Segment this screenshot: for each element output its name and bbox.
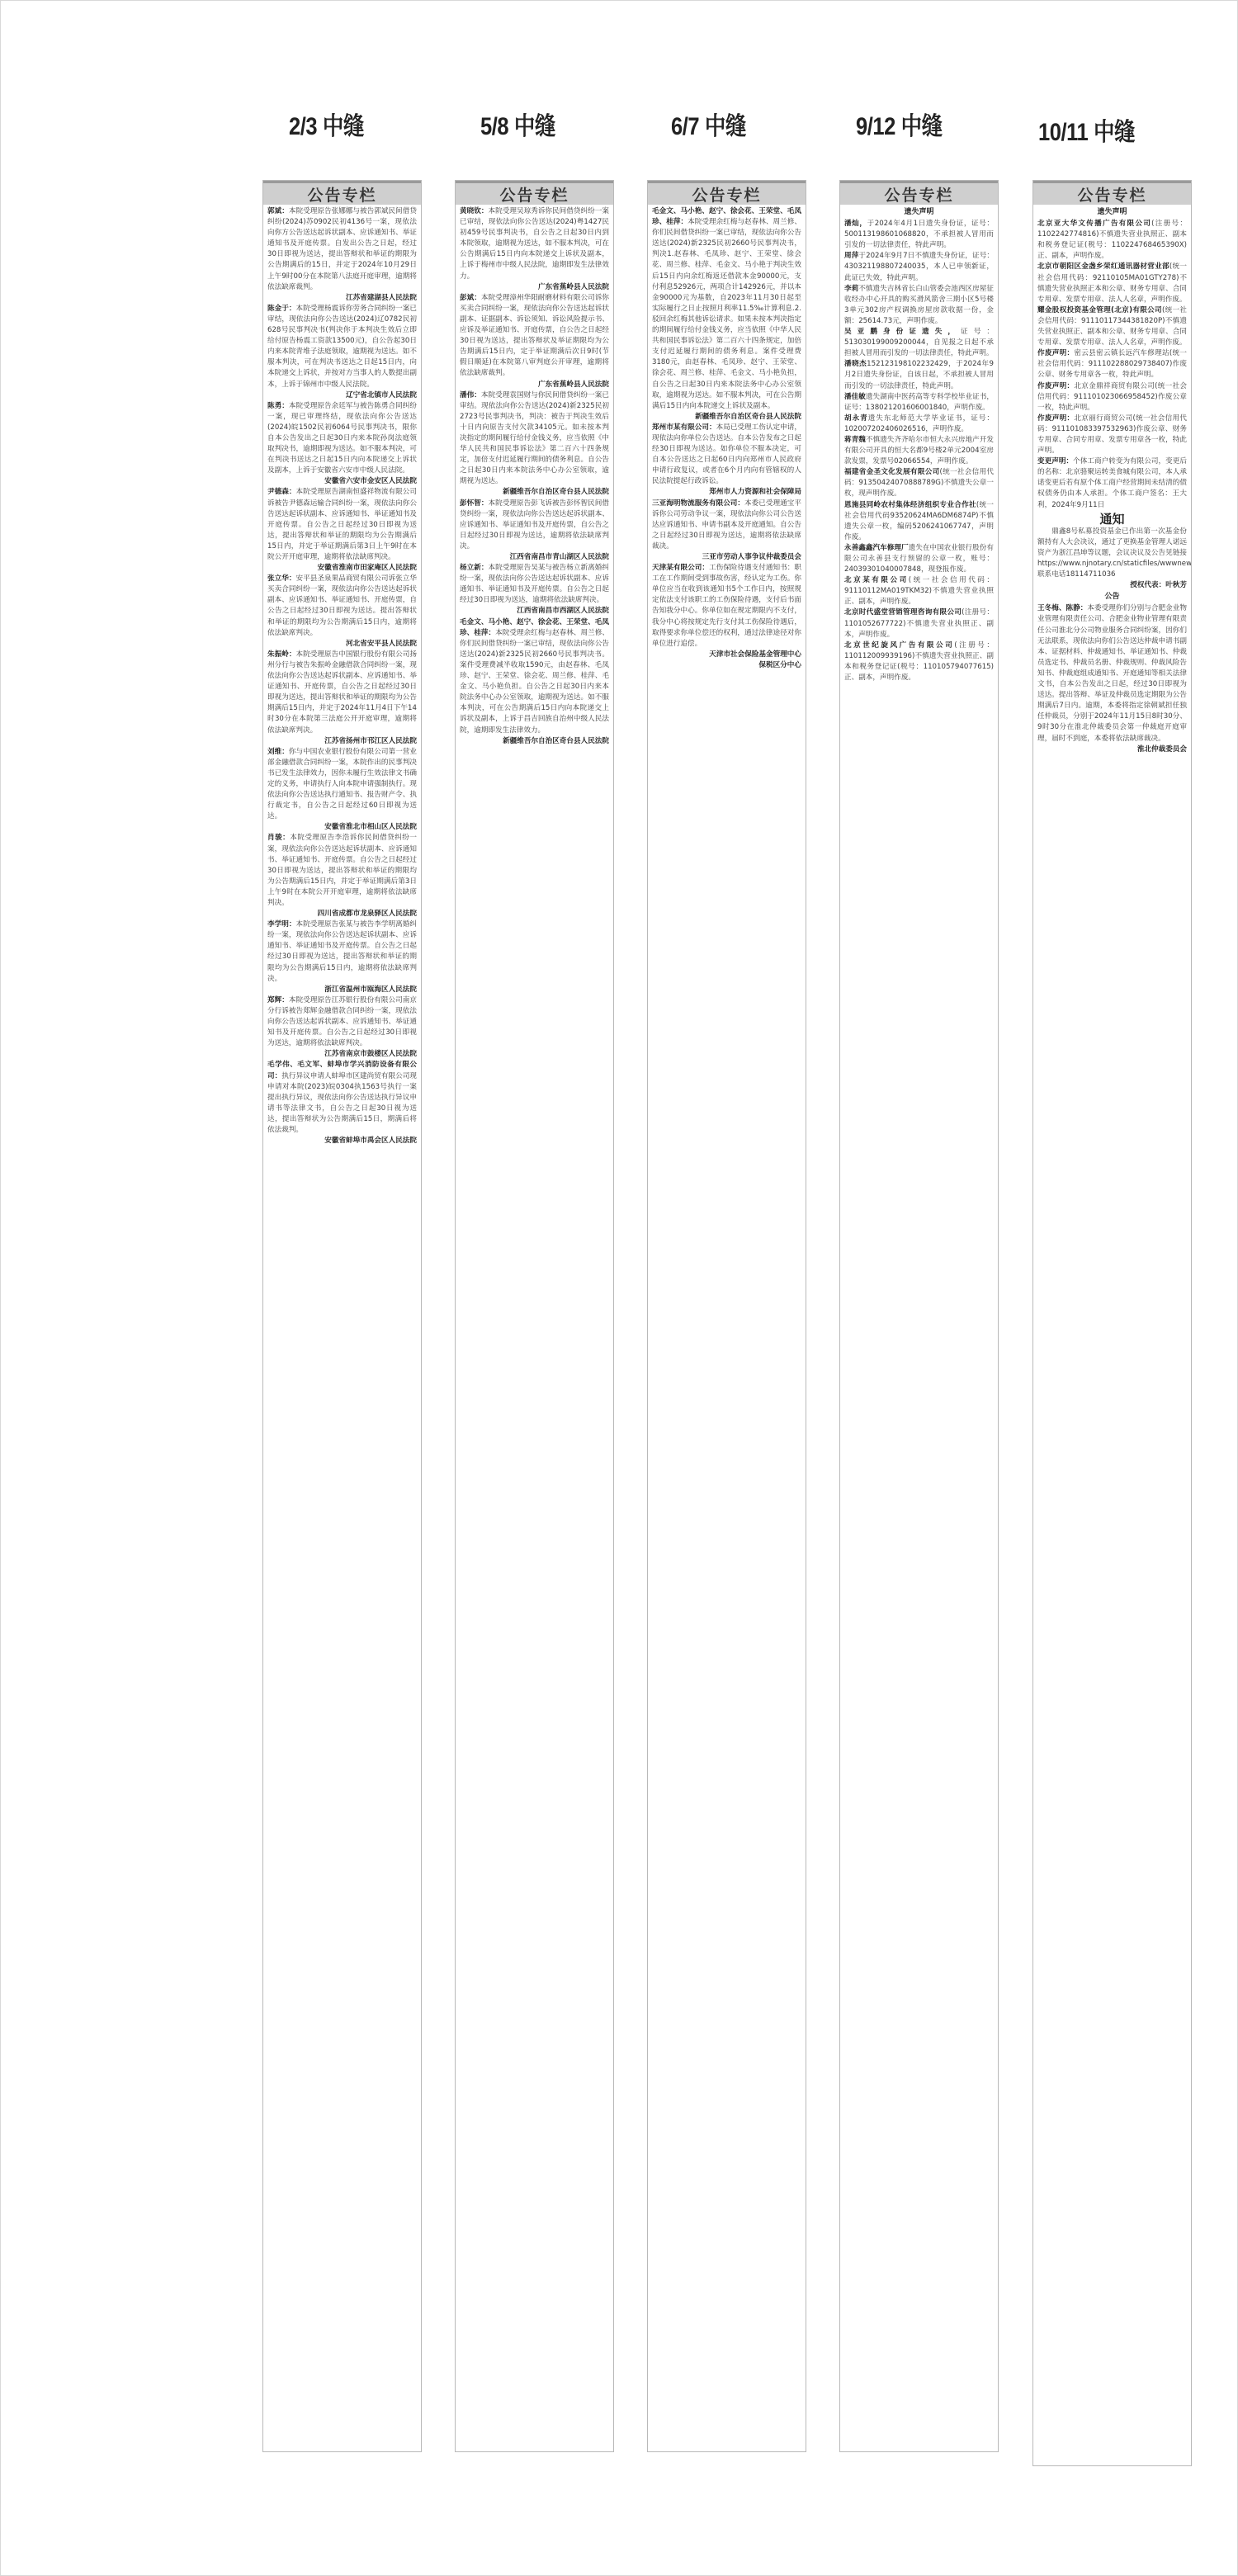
notice-text: 本院受理杨震诉你劳务合同纠纷一案已审结，现依法向你公告送达(2024)辽0782… bbox=[267, 305, 417, 389]
notice-text: 本院受理原告张某与被告李学明离婚纠纷一案，现依法向你公告送达起诉状副本、应诉通知… bbox=[267, 920, 417, 982]
notice-addressee: 郑州市某有限公司： bbox=[652, 423, 716, 432]
notice-addressee: 潘灿， bbox=[844, 220, 867, 228]
announcement: 王冬梅、陈静：本委受理你们分别与合肥金业物业管理有限责任公司、合肥金业物业管理有… bbox=[1037, 603, 1187, 754]
column-title-6-7: 6/7 中缝 bbox=[671, 106, 746, 142]
notice-item: 三亚海明物流服务有限公司：本委已受理通宝平诉你公司劳动争议一案，现依法向你公司公… bbox=[652, 499, 801, 564]
notification-signature: 授权代表：叶秋芳 bbox=[1037, 580, 1187, 591]
notice-addressee: 永善鑫鑫汽车修理厂 bbox=[844, 544, 909, 552]
notice-addressee: 郑辉： bbox=[267, 996, 289, 1004]
notice-text: 遗失湖南中医药高等专科学校毕业证书，证号：138021201606001840，… bbox=[844, 393, 994, 412]
notice-text: 本院受理漳州华阳耐磨材料有限公司诉你买卖合同纠纷一案，现依法向你公告送达起诉状副… bbox=[460, 294, 609, 378]
notice-issuer: 安徽省六安市金安区人民法院 bbox=[267, 476, 417, 487]
notice-addressee: 周萍 bbox=[844, 252, 858, 260]
notice-item: 永善鑫鑫汽车修理厂遗失在中国农业银行股份有限公司永善县支行预留的公章一枚，账号：… bbox=[844, 543, 994, 575]
notice-issuer: 广东省蕉岭县人民法院 bbox=[460, 380, 609, 390]
notice-addressee: 恩施县同岭农村集体经济组织专业合作社 bbox=[844, 501, 976, 509]
notice-issuer: 四川省成都市龙泉驿区人民法院 bbox=[267, 909, 417, 919]
notice-text: 本院受理袁国财与你民间借贷纠纷一案已审结。现依法向你公告送达(2024)新232… bbox=[460, 391, 609, 486]
notice-item: 刘维：你与中国农业银行股份有限公司第一营业部金融借款合同纠纷一案，本院作出的民事… bbox=[267, 747, 417, 834]
notice-addressee: 耀金股权投资基金管理(北京)有限公司 bbox=[1037, 306, 1162, 314]
notice-item: 恩施县同岭农村集体经济组织专业合作社(统一社会信用代码93520624MA6DM… bbox=[844, 500, 994, 543]
notice-issuer: 广东省蕉岭县人民法院 bbox=[460, 282, 609, 293]
notice-issuer: 安徽省蚌埠市禹会区人民法院 bbox=[267, 1136, 417, 1146]
notice-addressee: 尹德森： bbox=[267, 488, 295, 496]
notice-text: 本院受理原告湖南恒盛祥物流有限公司诉被告尹德森运输合同纠纷一案，现依法向你公告送… bbox=[267, 488, 417, 561]
notice-issuer: 河北省安平县人民法院 bbox=[267, 639, 417, 650]
notice-addressee: 郭斌： bbox=[267, 207, 289, 215]
notice-addressee: 黄晓钦： bbox=[460, 207, 488, 215]
notice-addressee: 朱振岭： bbox=[267, 650, 295, 659]
announcement-lead: 王冬梅、陈静： bbox=[1037, 604, 1087, 612]
notice-text: 你与中国农业银行股份有限公司第一营业部金融借款合同纠纷一案，本院作出的民事判决书… bbox=[267, 748, 417, 821]
notice-item: 作废声明：北京金鼎祥商贸有限公司(统一社会信用代码：91110102306​69… bbox=[1037, 381, 1187, 414]
notice-item: 潘佳敏遗失湖南中医药高等专科学校毕业证书，证号：1380212016060018… bbox=[844, 392, 994, 414]
notice-column-10-11: 公告专栏 遗失声明 北京亚大华文传播广告有限公司(注册号：11022427748… bbox=[1032, 180, 1192, 2466]
notice-issuer: 安徽省淮北市相山区人民法院 bbox=[267, 822, 417, 833]
notice-text: 于2024年4月1日遗失身份证，证号：500113198601068820，不承… bbox=[844, 220, 994, 249]
notice-text: 不慎遗失吉林省长白山管委会池西区房屋征收经办中心开具的购买滑风箭舍三期小区5号楼… bbox=[844, 285, 994, 325]
notice-issuer: 江苏省南京市鼓楼区人民法院 bbox=[267, 1049, 417, 1060]
notice-column-6-7: 公告专栏 毛金文、马小艳、赵宁、徐会花、王荣堂、毛凤珍、桂萍：本院受理余红梅与赵… bbox=[647, 180, 806, 2452]
notice-item: 福建省金圣文化发展有限公司(统一社会信用代码：91350424070888789… bbox=[844, 467, 994, 499]
notice-item: 北京亚大华文传播广告有限公司(注册号：110224277481​6)不慎遗失营业… bbox=[1037, 219, 1187, 262]
notice-issuer: 安徽省淮南市田家庵区人民法院 bbox=[267, 563, 417, 574]
notice-issuer: 新疆维吾尔自治区奇台县人民法院 bbox=[652, 412, 801, 423]
column-body: 遗失声明 北京亚大华文传播广告有限公司(注册号：110224277481​6)不… bbox=[1033, 205, 1191, 759]
notice-text: 本院受理余红梅与赵春林、周兰修、你们民间借贷纠纷一案已审结，现依法向你公告送达(… bbox=[460, 629, 609, 735]
notice-addressee: 三亚海明物流服务有限公司： bbox=[652, 499, 744, 508]
notice-item: 潘灿，于2024年4月1日遗失身份证，证号：500113198601068820… bbox=[844, 219, 994, 251]
notice-addressee: 蒋青魏 bbox=[844, 436, 866, 444]
notice-item: 郭斌：本院受理原告张娜娜与被告郭斌民间借贷纠纷(2024)苏0902民初4136… bbox=[267, 206, 417, 304]
notice-issuer: 郑州市人力资源和社会保障局 bbox=[652, 487, 801, 498]
notice-addressee: 胡永青 bbox=[844, 414, 868, 423]
notice-item: 肖骏：本院受理原告李浩诉你民间借贷纠纷一案，现依法向你公告送达起诉状副本、应诉通… bbox=[267, 833, 417, 919]
notice-item: 尹德森：本院受理原告湖南恒盛祥物流有限公司诉被告尹德森运输合同纠纷一案，现依法向… bbox=[267, 487, 417, 574]
notice-item: 潘伟：本院受理袁国财与你民间借贷纠纷一案已审结。现依法向你公告送达(2024)新… bbox=[460, 390, 609, 499]
notice-item: 陈勇：本院受理原告余廷军与被告陈勇合同纠纷一案，现已审理终结，现依法向你公告送达… bbox=[267, 401, 417, 488]
notice-issuer: 新疆维吾尔自治区奇台县人民法院 bbox=[460, 736, 609, 747]
lost-declaration-heading: 遗失声明 bbox=[1037, 207, 1187, 218]
notification-text: 鼎鑫8号私募投资基金已作出第一次基金份额持有人大会决议，通过了更换基金管理人诺远… bbox=[1037, 527, 1187, 580]
notice-item: 毛学伟、毛文军、蚌埠市学兴消防设备有限公司：执行异议申请人蚌埠市区建尚贸有限公司… bbox=[267, 1060, 417, 1146]
notice-addressee: 北京某有限公司 bbox=[844, 576, 909, 584]
notice-item: 黄晓钦：本院受理吴琼秀诉你民间借贷纠纷一案已审结，现依法向你公告送达(2024)… bbox=[460, 206, 609, 293]
notice-list: 北京亚大华文传播广告有限公司(注册号：110224277481​6)不慎遗失营业… bbox=[1037, 219, 1187, 511]
notice-item: 彭斌：本院受理漳州华阳耐磨材料有限公司诉你买卖合同纠纷一案，现依法向你公告送达起… bbox=[460, 293, 609, 390]
notice-text: 安平县圣泉果品商贸有限公司诉张立华买卖合同纠纷一案，现依法向你公告送达起诉状副本… bbox=[267, 574, 417, 636]
notice-item: 李学明：本院受理原告张某与被告李学明离婚纠纷一案，现依法向你公告送达起诉状副本、… bbox=[267, 919, 417, 995]
notice-item: 杨立新：本院受理原告吴某与被告杨立新离婚纠纷一案，现依法向你公告送达起诉状副本、… bbox=[460, 563, 609, 617]
notice-addressee: 北京市朝阳区金盏乡荣红通讯器材营业部 bbox=[1037, 262, 1169, 271]
notice-issuer: 辽宁省北镇市人民法院 bbox=[267, 390, 417, 401]
notice-column-5-8: 公告专栏 黄晓钦：本院受理吴琼秀诉你民间借贷纠纷一案已审结，现依法向你公告送达(… bbox=[455, 180, 614, 2452]
notice-item: 潘晓杰152123198102232429，于2024年9月2日遗失身份证，自该… bbox=[844, 359, 994, 391]
notice-text: 本院受理吴琼秀诉你民间借贷纠纷一案已审结，现依法向你公告送达(2024)粤142… bbox=[460, 207, 609, 281]
notice-issuer: 天津市社会保险基金管理中心 保税区分中心 bbox=[652, 650, 801, 671]
notice-addressee: 作废声明： bbox=[1037, 382, 1074, 390]
notice-addressee: 彭斌： bbox=[460, 294, 481, 302]
notice-text: 本局已受理工伤认定申请，现依法向你单位公告送达。自本公告发布之日起经30日即视为… bbox=[652, 423, 801, 485]
notice-item: 北京时代盛堂营销管理咨询有限公司(注册号：110105267772​2)不慎遗失… bbox=[844, 607, 994, 640]
notice-text: 本院受理原告江苏银行股份有限公司南京分行诉被告郑辉金融借款合同纠纷一案，现依法向… bbox=[267, 996, 417, 1047]
notice-item: 耀金股权投资基金管理(北京)有限公司(统一社会信用代码：911101173443… bbox=[1037, 305, 1187, 348]
notice-text: 152123198102232429，于2024年9月2日遗失身份证，自该日起，… bbox=[844, 360, 994, 390]
notice-addressee: 北京亚大华文传播广告有限公司 bbox=[1037, 220, 1151, 228]
notice-item: 天津某有限公司：工伤保险待遇支付通知书：职工在工作期间受到事故伤害，经认定为工伤… bbox=[652, 563, 801, 671]
lost-declaration-heading: 遗失声明 bbox=[844, 207, 994, 218]
notice-addressee: 北京世纪旋风广告有限公司 bbox=[844, 641, 954, 650]
notice-addressee: 李学明： bbox=[267, 920, 295, 929]
notice-item: 作废声明：密云县密云镇长远汽车修理站(统一社会信用代码：91110228802​… bbox=[1037, 348, 1187, 380]
notice-addressee: 变更声明： bbox=[1037, 457, 1073, 466]
notice-column-9-12: 公告专栏 遗失声明 潘灿，于2024年4月1日遗失身份证，证号：50011319… bbox=[839, 180, 999, 2452]
notice-text: 本院受理原告李浩诉你民间借贷纠纷一案，现依法向你公告送达起诉状副本、应诉通知书、… bbox=[267, 834, 417, 907]
notice-text: 本院受理原告余廷军与被告陈勇合同纠纷一案，现已审理终结，现依法向你公告送达(20… bbox=[267, 402, 417, 475]
column-header: 公告专栏 bbox=[456, 181, 613, 205]
notice-addressee: 杨立新： bbox=[460, 564, 488, 572]
notice-addressee: 肖骏： bbox=[267, 834, 290, 842]
notice-item: 胡永青遗失东北师范大学毕业证书，证号：102007202406026516，声明… bbox=[844, 414, 994, 435]
notice-text: 工伤保险待遇支付通知书：职工在工作期间受到事故伤害，经认定为工伤。你单位应当在收… bbox=[652, 564, 801, 648]
notice-text: 本院受理余红梅与赵春林、周兰修、你们民间借贷纠纷一案已审结，现依法向你公告送达(… bbox=[652, 218, 801, 410]
column-title-10-11: 10/11 中缝 bbox=[1038, 111, 1135, 148]
notice-item: 蒋青魏不慎遗失齐齐哈尔市恒大永兴房地产开发有限公司开具的恒大名都9号楼2单元20… bbox=[844, 435, 994, 467]
notice-addressee: 福建省金圣文化发展有限公司 bbox=[844, 468, 939, 476]
notice-item: 周萍于2024年9月7日不慎遗失身份证，证号：43032119880724003… bbox=[844, 251, 994, 283]
notice-addressee: 彭怀智： bbox=[460, 499, 488, 508]
notice-item: 郑辉：本院受理原告江苏银行股份有限公司南京分行诉被告郑辉金融借款合同纠纷一案，现… bbox=[267, 995, 417, 1061]
notice-text: 本院受理原告中国银行股份有限公司扬州分行与被告朱振岭金融借款合同纠纷一案，现依法… bbox=[267, 650, 417, 735]
announcement-signature: 淮北仲裁委员会 bbox=[1037, 744, 1187, 755]
notice-addressee: 陈金于： bbox=[267, 305, 295, 313]
column-title-2-3: 2/3 中缝 bbox=[289, 106, 364, 142]
column-title-9-12: 9/12 中缝 bbox=[856, 106, 943, 142]
notice-item: 毛金文、马小艳、赵宁、徐会花、王荣堂、毛凤珍、桂萍：本院受理余红梅与赵春林、周兰… bbox=[460, 617, 609, 747]
notification-heading: 通知 bbox=[1037, 514, 1187, 525]
notice-item: 北京某有限公司(统一社会信用代码：91110112MA019TKM32)不慎遗失… bbox=[844, 575, 994, 607]
notice-item: 李莉不慎遗失吉林省长白山管委会池西区房屋征收经办中心开具的购买滑风箭舍三期小区5… bbox=[844, 284, 994, 327]
notice-item: 彭怀智：本院受理原告彭飞诉被告彭怀智民间借贷纠纷一案，现依法向你公告送达起诉状副… bbox=[460, 499, 609, 564]
notice-item: 郑州市某有限公司：本局已受理工伤认定申请，现依法向你单位公告送达。自本公告发布之… bbox=[652, 423, 801, 499]
notice-addressee: 陈勇： bbox=[267, 402, 289, 410]
notice-addressee: 潘佳敏 bbox=[844, 393, 866, 401]
notice-issuer: 新疆维吾尔自治区奇台县人民法院 bbox=[460, 487, 609, 498]
notice-addressee: 吴亚鹏身份证遗失， bbox=[844, 328, 961, 336]
notice-text: 执行异议申请人蚌埠市区建尚贸有限公司现申请对本院(2023)皖0304执1563… bbox=[267, 1072, 417, 1134]
announcement-text: 本委受理你们分别与合肥金业物业管理有限责任公司、合肥金业物业管理有限责任公司淮北… bbox=[1037, 604, 1187, 742]
notice-addressee: 作废声明： bbox=[1037, 349, 1074, 357]
column-header: 公告专栏 bbox=[840, 181, 998, 205]
notice-issuer: 江西省南昌市西湖区人民法院 bbox=[460, 606, 609, 617]
notice-item: 北京世纪旋风广告有限公司(注册号：110112009939196)不慎遗失营业执… bbox=[844, 640, 994, 683]
notice-item: 作废声明：北京丽行商贸公司(统一社会信用代码：91110108339753​29… bbox=[1037, 414, 1187, 456]
column-header: 公告专栏 bbox=[648, 181, 806, 205]
notice-addressee: 刘维： bbox=[267, 748, 289, 756]
notice-addressee: 李莉 bbox=[844, 285, 858, 293]
column-body: 毛金文、马小艳、赵宁、徐会花、王荣堂、毛凤珍、桂萍：本院受理余红梅与赵春林、周兰… bbox=[648, 205, 806, 674]
notice-issuer: 江苏省扬州市邗江区人民法院 bbox=[267, 736, 417, 747]
column-body: 郭斌：本院受理原告张娜娜与被告郭斌民间借贷纠纷(2024)苏0902民初4136… bbox=[263, 205, 421, 1150]
notice-column-2-3: 公告专栏 郭斌：本院受理原告张娜娜与被告郭斌民间借贷纠纷(2024)苏0902民… bbox=[262, 180, 422, 2452]
column-body: 黄晓钦：本院受理吴琼秀诉你民间借贷纠纷一案已审结，现依法向你公告送达(2024)… bbox=[456, 205, 613, 750]
announcement-heading: 公告 bbox=[1037, 592, 1187, 603]
column-header: 公告专栏 bbox=[263, 181, 421, 205]
notice-issuer: 浙江省温州市瓯海区人民法院 bbox=[267, 985, 417, 995]
column-title-5-8: 5/8 中缝 bbox=[480, 106, 555, 142]
notice-text: 不慎遗失齐齐哈尔市恒大永兴房地产开发有限公司开具的恒大名都9号楼2单元2004室… bbox=[844, 436, 994, 466]
notice-text: 于2024年9月7日不慎遗失身份证，证号：430321198807240035，… bbox=[844, 252, 994, 281]
notice-issuer: 三亚市劳动人事争议仲裁委员会 bbox=[652, 552, 801, 563]
notice-addressee: 潘晓杰 bbox=[844, 360, 867, 368]
notice-addressee: 北京时代盛堂营销管理咨询有限公司 bbox=[844, 608, 962, 617]
notice-addressee: 天津某有限公司： bbox=[652, 564, 709, 572]
notice-item: 北京市朝阳区金盏乡荣红通讯器材营业部(统一社会信用代码：92110105MA01… bbox=[1037, 262, 1187, 305]
column-body: 遗失声明 潘灿，于2024年4月1日遗失身份证，证号：5001131986010… bbox=[840, 205, 998, 687]
notice-issuer: 江西省南昌市青山湖区人民法院 bbox=[460, 552, 609, 563]
notice-addressee: 张立华： bbox=[267, 574, 295, 583]
notice-item: 张立华：安平县圣泉果品商贸有限公司诉张立华买卖合同纠纷一案，现依法向你公告送达起… bbox=[267, 574, 417, 650]
notice-addressee: 作废声明： bbox=[1037, 414, 1074, 423]
notice-addressee: 潘伟： bbox=[460, 391, 481, 399]
notice-item: 陈金于：本院受理杨震诉你劳务合同纠纷一案已审结，现依法向你公告送达(2024)辽… bbox=[267, 304, 417, 401]
notice-item: 变更声明：个体工商户转变为有限公司，变更后的名称：北京骆聚运转美食城有限公司，本… bbox=[1037, 456, 1187, 510]
notice-item: 毛金文、马小艳、赵宁、徐会花、王荣堂、毛凤珍、桂萍：本院受理余红梅与赵春林、周兰… bbox=[652, 206, 801, 423]
notice-item: 吴亚鹏身份证遗失，证号：513030199009200044，自见报之日起不承担… bbox=[844, 327, 994, 359]
notice-text: 本院受理原告张娜娜与被告郭斌民间借贷纠纷(2024)苏0902民初4136号一案… bbox=[267, 207, 417, 291]
notice-list: 潘灿，于2024年4月1日遗失身份证，证号：500113198601068820… bbox=[844, 219, 994, 683]
notice-item: 朱振岭：本院受理原告中国银行股份有限公司扬州分行与被告朱振岭金融借款合同纠纷一案… bbox=[267, 650, 417, 747]
column-header: 公告专栏 bbox=[1033, 181, 1191, 205]
notice-issuer: 江苏省建湖县人民法院 bbox=[267, 293, 417, 304]
